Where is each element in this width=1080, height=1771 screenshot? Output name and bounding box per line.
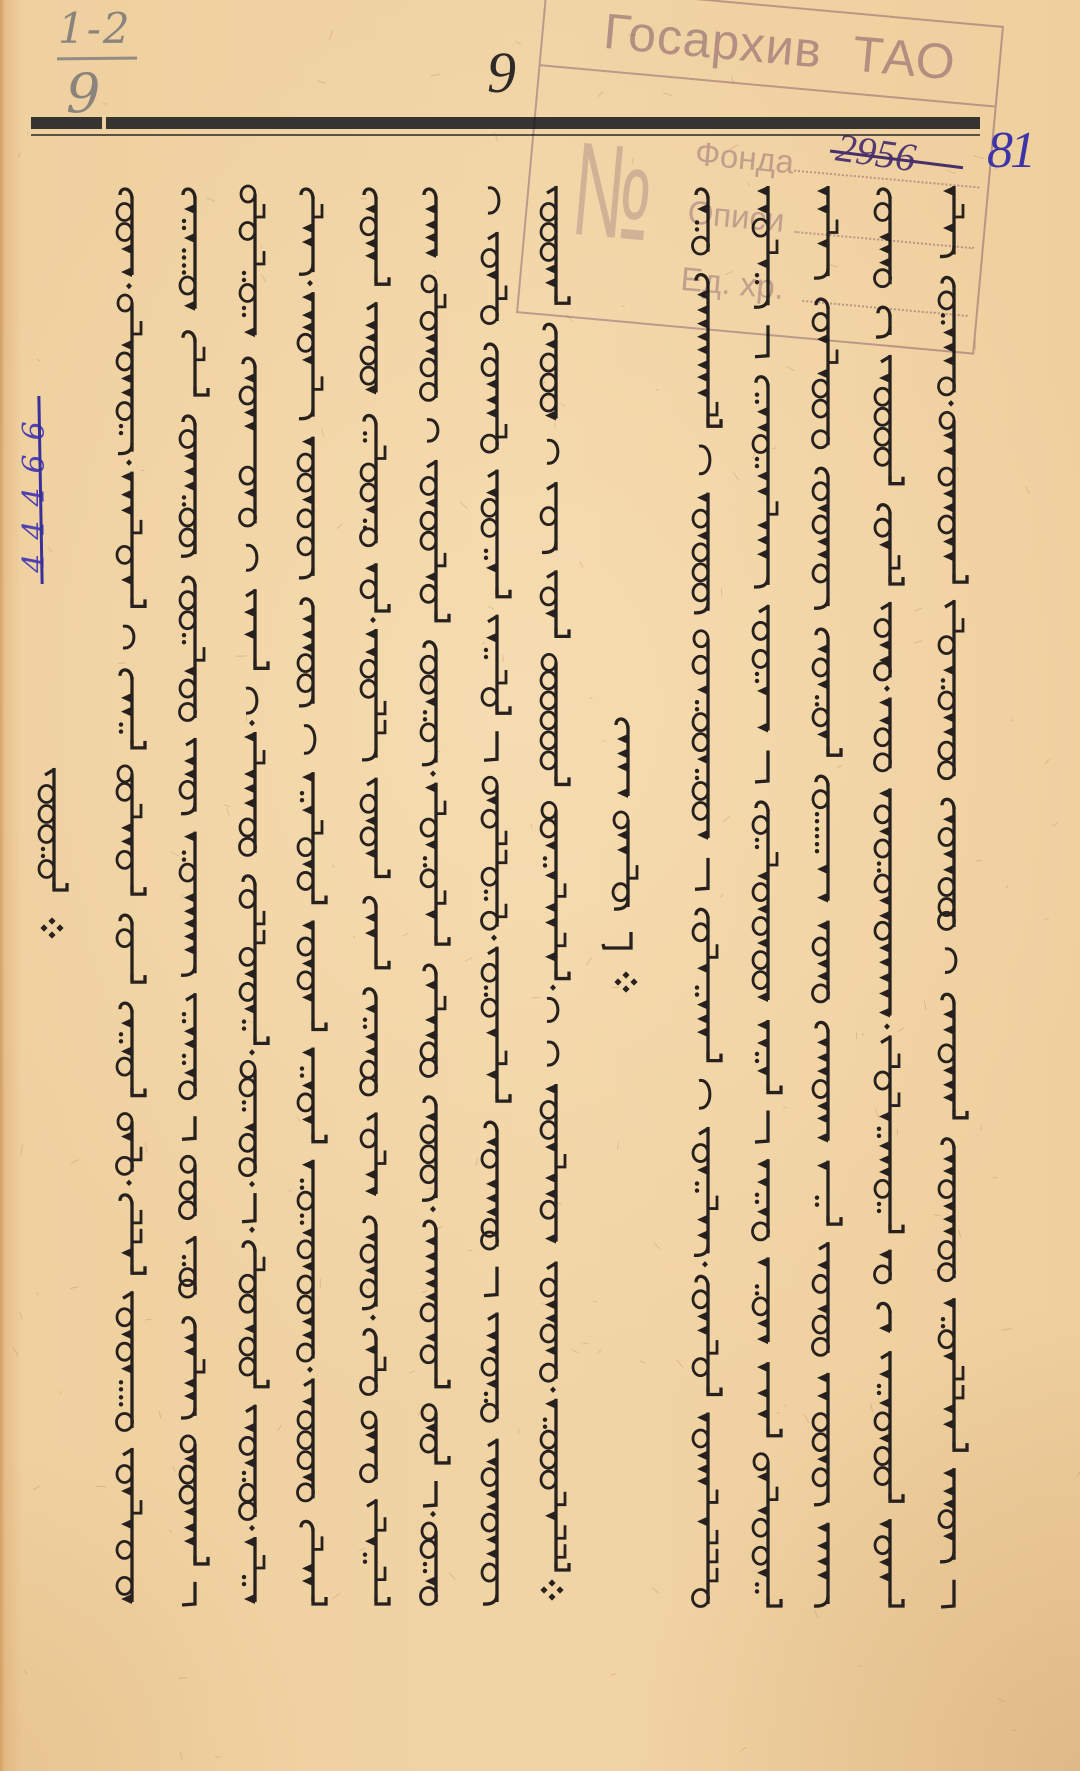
text-column (240, 186, 269, 1604)
section-heading (603, 719, 638, 993)
comma-mark (430, 1511, 436, 1517)
four-dot-mark (540, 1586, 547, 1593)
archive-stamp: Госархив ТАО № Фонда 2956 Описи Ед. хр. (516, 0, 1004, 355)
text-column (361, 189, 390, 1604)
comma-mark (249, 1049, 255, 1055)
four-dot-mark (48, 931, 55, 938)
stamp-label-fond: Фонда (694, 137, 796, 179)
comma-mark (948, 400, 954, 406)
text-column (939, 186, 968, 1607)
stamp-leader-item (802, 300, 967, 317)
stamp-number-sign: № (567, 123, 657, 263)
comma-mark (126, 459, 132, 465)
four-dot-mark (48, 917, 55, 924)
text-column (482, 188, 511, 1604)
four-dot-mark (56, 924, 63, 931)
text-column (875, 189, 904, 1606)
four-dot-mark (548, 1579, 555, 1586)
pencil-numerator: 1-2 (58, 8, 132, 50)
comma-mark (550, 984, 556, 990)
comma-mark (884, 1023, 890, 1029)
comma-mark (550, 1387, 556, 1393)
four-dot-mark (556, 1586, 563, 1593)
text-column (693, 189, 722, 1606)
comma-mark (702, 1261, 708, 1267)
four-dot-mark (40, 924, 47, 931)
comma-mark (430, 770, 436, 776)
stamp-leader-opis (794, 231, 973, 249)
comma-mark (307, 280, 313, 286)
comma-mark (307, 1366, 313, 1372)
comma-mark (884, 685, 890, 691)
stamp-label-opis: Описи (686, 195, 785, 237)
text-column (421, 189, 450, 1604)
comma-mark (491, 935, 497, 941)
header-rule-thick (31, 117, 102, 129)
page-number: 9 (487, 44, 516, 102)
text-column (298, 189, 327, 1604)
four-dot-mark (614, 978, 621, 985)
stamp-fond-value: 81 (987, 125, 1033, 177)
comma-mark (249, 1181, 255, 1187)
four-dot-mark (548, 1593, 555, 1600)
four-dot-mark (630, 978, 637, 985)
comma-mark (370, 617, 376, 623)
comma-mark (249, 720, 255, 726)
comma-mark (126, 283, 132, 289)
margin-note: 44466 (19, 395, 51, 585)
comma-mark (126, 1180, 132, 1186)
text-column (813, 186, 842, 1606)
four-dot-mark (622, 971, 629, 978)
text-column (753, 186, 782, 1606)
comma-mark (430, 1206, 436, 1212)
four-dot-mark (622, 985, 629, 992)
comma-mark (249, 1227, 255, 1233)
text-column (117, 189, 146, 1604)
text-column (180, 189, 209, 1605)
text-column (540, 186, 569, 1601)
lead-heading (39, 768, 67, 939)
comma-mark (370, 1314, 376, 1320)
comma-mark (249, 1525, 255, 1531)
stamp-label-item: Ед. хр. (679, 262, 785, 304)
scanned-page: 1-2 9 9 Госархив ТАО № Фонда 2956 Описи … (0, 0, 1080, 1771)
pencil-denominator: 9 (66, 67, 100, 121)
